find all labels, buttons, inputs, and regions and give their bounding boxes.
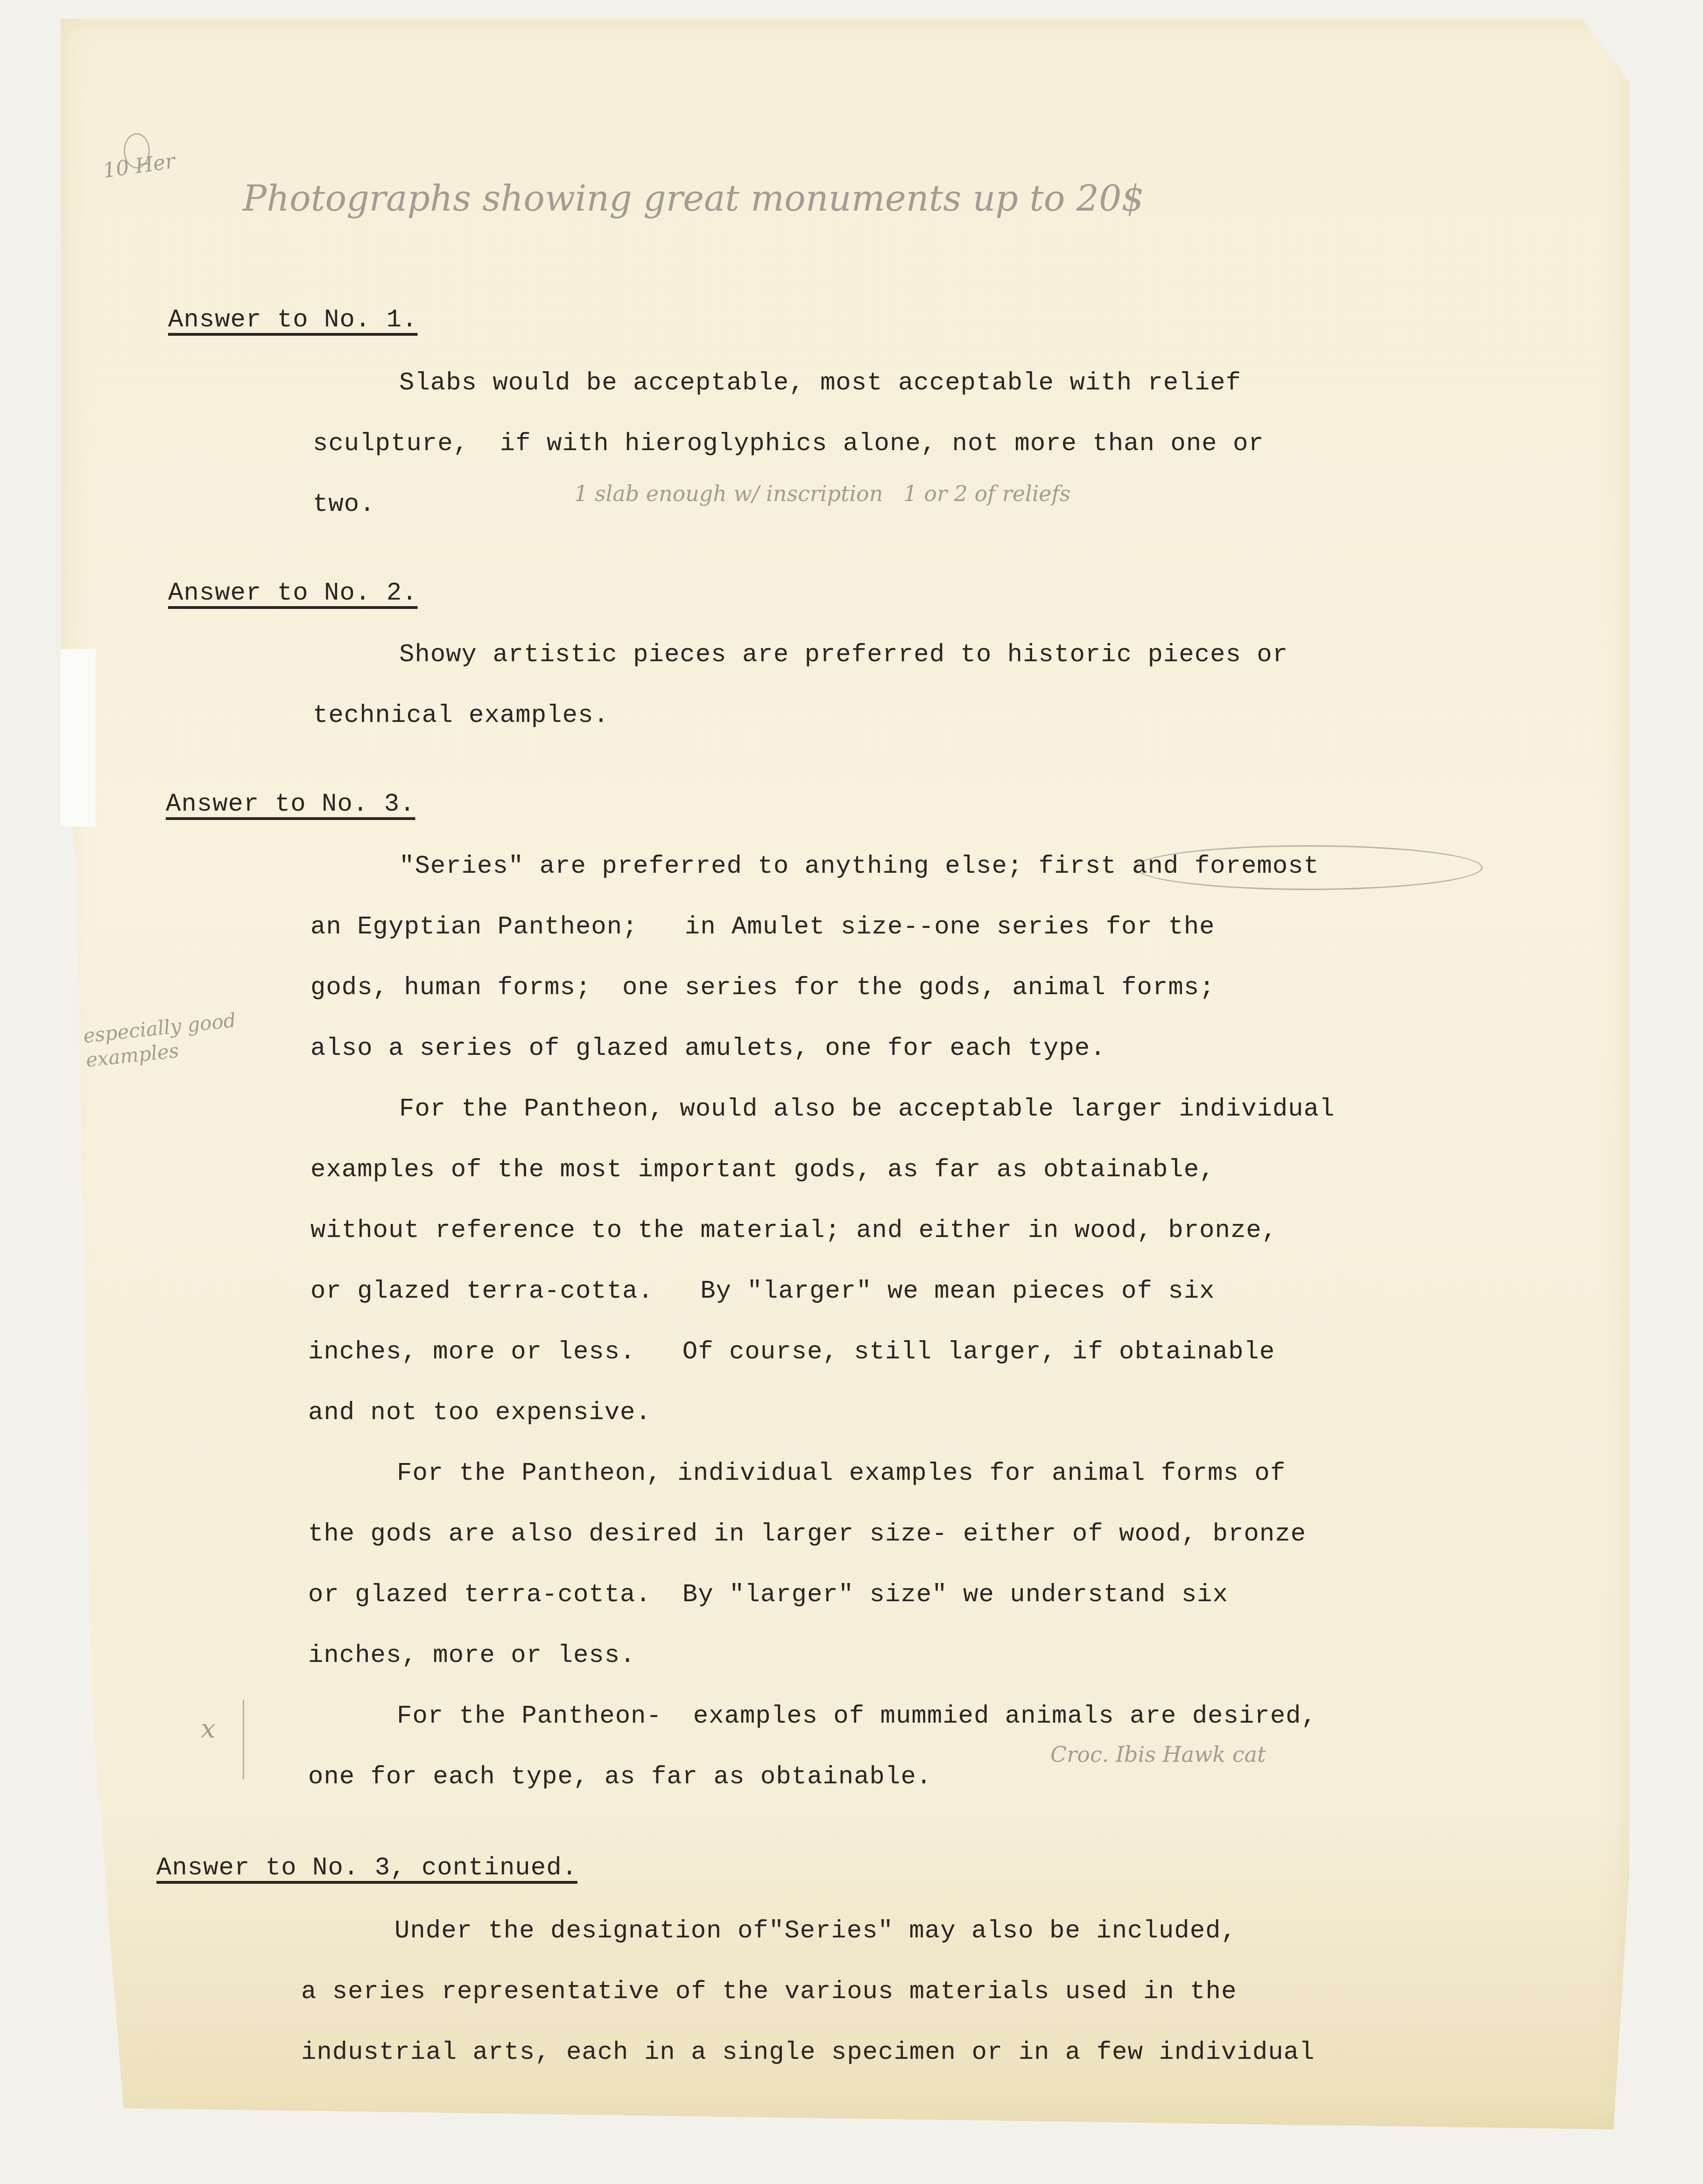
text-line: or glazed terra-cotta. By "larger" we me… [310, 1277, 1215, 1306]
text-line: sculpture, if with hieroglyphics alone, … [313, 430, 1264, 458]
handwritten-mark-x: x [201, 1714, 216, 1744]
text-line: the gods are also desired in larger size… [308, 1520, 1306, 1548]
text-line: industrial arts, each in a single specim… [301, 2038, 1315, 2067]
text-line: Slabs would be acceptable, most acceptab… [399, 369, 1241, 397]
text-line: and not too expensive. [308, 1399, 651, 1427]
text-line: For the Pantheon- examples of mummied an… [397, 1702, 1317, 1731]
text-line: a series representative of the various m… [301, 1978, 1237, 2006]
handwritten-note-answer-1: 1 slab enough w/ inscription 1 or 2 of r… [574, 481, 1070, 506]
text-line: two. [313, 490, 375, 519]
text-line: Under the designation of"Series" may als… [394, 1917, 1237, 1945]
text-line: For the Pantheon, would also be acceptab… [399, 1095, 1335, 1124]
text-line: Showy artistic pieces are preferred to h… [399, 641, 1288, 669]
text-line: inches, more or less. Of course, still l… [308, 1338, 1275, 1366]
text-line: or glazed terra-cotta. By "larger" size"… [308, 1581, 1228, 1609]
text-line: "Series" are preferred to anything else;… [399, 852, 1319, 881]
text-line: technical examples. [313, 701, 609, 730]
text-line: also a series of glazed amulets, one for… [310, 1034, 1106, 1063]
paper-tear [61, 649, 96, 827]
section-heading-1: Answer to No. 1. [168, 306, 417, 334]
section-heading-4: Answer to No. 3, continued. [156, 1854, 577, 1882]
handwritten-note-top: Photographs showing great monuments up t… [243, 177, 1144, 219]
paper-sheet [61, 19, 1629, 2129]
handwritten-note-animals: Croc. Ibis Hawk cat [1050, 1742, 1266, 1767]
text-line: For the Pantheon, individual examples fo… [397, 1459, 1286, 1488]
text-line: one for each type, as far as obtainable. [308, 1763, 932, 1791]
margin-line-mark [243, 1700, 249, 1779]
section-heading-3: Answer to No. 3. [166, 790, 415, 819]
text-line: examples of the most important gods, as … [310, 1156, 1215, 1184]
text-line: gods, human forms; one series for the go… [310, 974, 1215, 1002]
text-line: without reference to the material; and e… [310, 1216, 1277, 1245]
text-line: inches, more or less. [308, 1641, 636, 1670]
text-line: an Egyptian Pantheon; in Amulet size--on… [310, 913, 1215, 941]
section-heading-2: Answer to No. 2. [168, 579, 417, 608]
